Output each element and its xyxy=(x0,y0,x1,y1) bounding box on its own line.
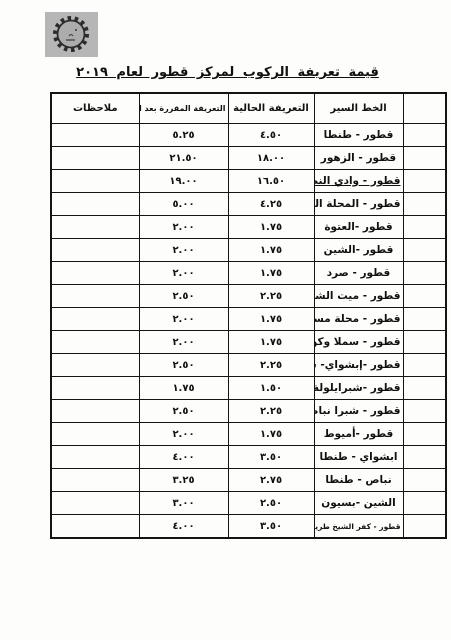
current-fare-cell: ١.٧٥ xyxy=(228,239,314,262)
current-fare-cell: ١.٥٠ xyxy=(228,377,314,400)
serial-cell xyxy=(403,446,446,469)
new-fare-cell: ٤.٠٠ xyxy=(139,446,228,469)
new-fare-cell: ١٩.٠٠ xyxy=(139,170,228,193)
current-fare-cell: ٢.٢٥ xyxy=(228,285,314,308)
table-row: ابشواي - طنطا ٣.٥٠ ٤.٠٠ xyxy=(51,446,446,469)
route-cell: قطور - المحلة الكبرى xyxy=(314,193,403,216)
new-fare-cell: ٢.٥٠ xyxy=(139,285,228,308)
serial-cell xyxy=(403,492,446,515)
new-fare-cell: ٥.٠٠ xyxy=(139,193,228,216)
current-fare-cell: ٤.٥٠ xyxy=(228,124,314,147)
new-fare-cell: ١.٧٥ xyxy=(139,377,228,400)
route-cell: قطور - محلة مسير xyxy=(314,308,403,331)
route-cell: ابشواي - طنطا xyxy=(314,446,403,469)
new-fare-cell: ٢.٠٠ xyxy=(139,239,228,262)
route-cell: قطور -الشين xyxy=(314,239,403,262)
route-cell: قطور -أميوط xyxy=(314,423,403,446)
notes-cell xyxy=(51,469,139,492)
document-title: قيمة تعريفة الركوب لمركز قطور لعام ٢٠١٩ xyxy=(40,65,415,80)
serial-cell xyxy=(403,331,446,354)
current-fare-cell: ٤.٢٥ xyxy=(228,193,314,216)
current-fare-cell: ١٨.٠٠ xyxy=(228,147,314,170)
new-fare-cell: ٢١.٥٠ xyxy=(139,147,228,170)
serial-cell xyxy=(403,239,446,262)
new-fare-cell: ٣.٠٠ xyxy=(139,492,228,515)
new-fare-cell: ٢.٠٠ xyxy=(139,308,228,331)
new-fare-cell: ٥.٢٥ xyxy=(139,124,228,147)
notes-cell xyxy=(51,239,139,262)
route-cell: قطور -إبشواي- سجين xyxy=(314,354,403,377)
notes-cell xyxy=(51,377,139,400)
serial-cell xyxy=(403,262,446,285)
notes-cell xyxy=(51,170,139,193)
route-cell: قطور -العتوة xyxy=(314,216,403,239)
table-row: قطور - شبرا نباص ٢.٢٥ ٢.٥٠ xyxy=(51,400,446,423)
serial-cell xyxy=(403,147,446,170)
route-cell: قطور - شبرا نباص xyxy=(314,400,403,423)
table-row: قطور -شبرايلولة ١.٥٠ ١.٧٥ xyxy=(51,377,446,400)
notes-cell xyxy=(51,400,139,423)
new-fare-cell: ٣.٢٥ xyxy=(139,469,228,492)
route-cell: قطور - ميت الشيخ xyxy=(314,285,403,308)
route-cell: قطور -شبرايلولة xyxy=(314,377,403,400)
current-fare-cell: ١.٧٥ xyxy=(228,216,314,239)
current-fare-cell: ٣.٥٠ xyxy=(228,446,314,469)
table-row: الشين -بسيون ٢.٥٠ ٣.٠٠ xyxy=(51,492,446,515)
header-row: الخط السير التعريفة الحالية التعريفة الم… xyxy=(51,93,446,124)
serial-cell xyxy=(403,216,446,239)
route-cell: قطور - وادي النطرون xyxy=(314,170,403,193)
route-cell: قطور - صرد xyxy=(314,262,403,285)
notes-cell xyxy=(51,423,139,446)
table-row: نباص - طنطا ٢.٧٥ ٣.٢٥ xyxy=(51,469,446,492)
table-row: قطور -أميوط ١.٧٥ ٢.٠٠ xyxy=(51,423,446,446)
current-fare-cell: ٢.٢٥ xyxy=(228,354,314,377)
table-row: قطور - وادي النطرون ١٦.٥٠ ١٩.٠٠ xyxy=(51,170,446,193)
new-fare-cell: ٢.٠٠ xyxy=(139,331,228,354)
table-row: قطور - صرد ١.٧٥ ٢.٠٠ xyxy=(51,262,446,285)
new-fare-cell: ٢.٠٠ xyxy=(139,262,228,285)
serial-cell xyxy=(403,193,446,216)
header-new-fare: التعريفة المقررة بعد الزيادة xyxy=(139,93,228,124)
current-fare-cell: ٢.٧٥ xyxy=(228,469,314,492)
current-fare-cell: ١.٧٥ xyxy=(228,262,314,285)
header-route: الخط السير xyxy=(314,93,403,124)
route-cell: قطور - الزهور xyxy=(314,147,403,170)
serial-cell xyxy=(403,285,446,308)
table-row: قطور - الزهور ١٨.٠٠ ٢١.٥٠ xyxy=(51,147,446,170)
route-cell: قطور - سملا وكوم علي xyxy=(314,331,403,354)
new-fare-cell: ٢.٠٠ xyxy=(139,216,228,239)
current-fare-cell: ٢.٥٠ xyxy=(228,492,314,515)
current-fare-cell: ١.٧٥ xyxy=(228,331,314,354)
serial-cell xyxy=(403,469,446,492)
fare-table: الخط السير التعريفة الحالية التعريفة الم… xyxy=(50,92,447,539)
new-fare-cell: ٢.٥٠ xyxy=(139,354,228,377)
current-fare-cell: ١.٧٥ xyxy=(228,308,314,331)
notes-cell xyxy=(51,216,139,239)
new-fare-cell: ٢.٠٠ xyxy=(139,423,228,446)
current-fare-cell: ١.٧٥ xyxy=(228,423,314,446)
notes-cell xyxy=(51,308,139,331)
header-current-fare: التعريفة الحالية xyxy=(228,93,314,124)
serial-cell xyxy=(403,400,446,423)
new-fare-cell: ٤.٠٠ xyxy=(139,515,228,539)
table-row: قطور - المحلة الكبرى ٤.٢٥ ٥.٠٠ xyxy=(51,193,446,216)
serial-cell xyxy=(403,354,446,377)
serial-cell xyxy=(403,124,446,147)
table-row: قطور - محلة مسير ١.٧٥ ٢.٠٠ xyxy=(51,308,446,331)
current-fare-cell: ٣.٥٠ xyxy=(228,515,314,539)
notes-cell xyxy=(51,354,139,377)
serial-cell xyxy=(403,515,446,539)
table-row: قطور - طنطا ٤.٥٠ ٥.٢٥ xyxy=(51,124,446,147)
notes-cell xyxy=(51,262,139,285)
gear-stamp-icon xyxy=(49,15,94,54)
notes-cell xyxy=(51,492,139,515)
header-serial xyxy=(403,93,446,124)
route-cell: قطور - طنطا xyxy=(314,124,403,147)
new-fare-cell: ٢.٥٠ xyxy=(139,400,228,423)
route-cell: الشين -بسيون xyxy=(314,492,403,515)
table-row: قطور - ميت الشيخ ٢.٢٥ ٢.٥٠ xyxy=(51,285,446,308)
serial-cell xyxy=(403,170,446,193)
table-row: قطور -الشين ١.٧٥ ٢.٠٠ xyxy=(51,239,446,262)
document-page: قيمة تعريفة الركوب لمركز قطور لعام ٢٠١٩ … xyxy=(0,0,451,640)
notes-cell xyxy=(51,331,139,354)
table-row: قطور - سملا وكوم علي ١.٧٥ ٢.٠٠ xyxy=(51,331,446,354)
notes-cell xyxy=(51,124,139,147)
table-row: قطور -العتوة ١.٧٥ ٢.٠٠ xyxy=(51,216,446,239)
notes-cell xyxy=(51,147,139,170)
serial-cell xyxy=(403,308,446,331)
serial-cell xyxy=(403,377,446,400)
fare-table-body: قطور - طنطا ٤.٥٠ ٥.٢٥ قطور - الزهور ١٨.٠… xyxy=(51,124,446,539)
notes-cell xyxy=(51,193,139,216)
notes-cell xyxy=(51,285,139,308)
table-row: قطور -إبشواي- سجين ٢.٢٥ ٢.٥٠ xyxy=(51,354,446,377)
route-cell: قطور - كفر الشيخ طريق أميوط xyxy=(314,515,403,539)
route-cell: نباص - طنطا xyxy=(314,469,403,492)
official-stamp xyxy=(45,12,98,57)
header-notes: ملاحظات xyxy=(51,93,139,124)
table-row: قطور - كفر الشيخ طريق أميوط ٣.٥٠ ٤.٠٠ xyxy=(51,515,446,539)
serial-cell xyxy=(403,423,446,446)
current-fare-cell: ١٦.٥٠ xyxy=(228,170,314,193)
notes-cell xyxy=(51,446,139,469)
current-fare-cell: ٢.٢٥ xyxy=(228,400,314,423)
notes-cell xyxy=(51,515,139,539)
